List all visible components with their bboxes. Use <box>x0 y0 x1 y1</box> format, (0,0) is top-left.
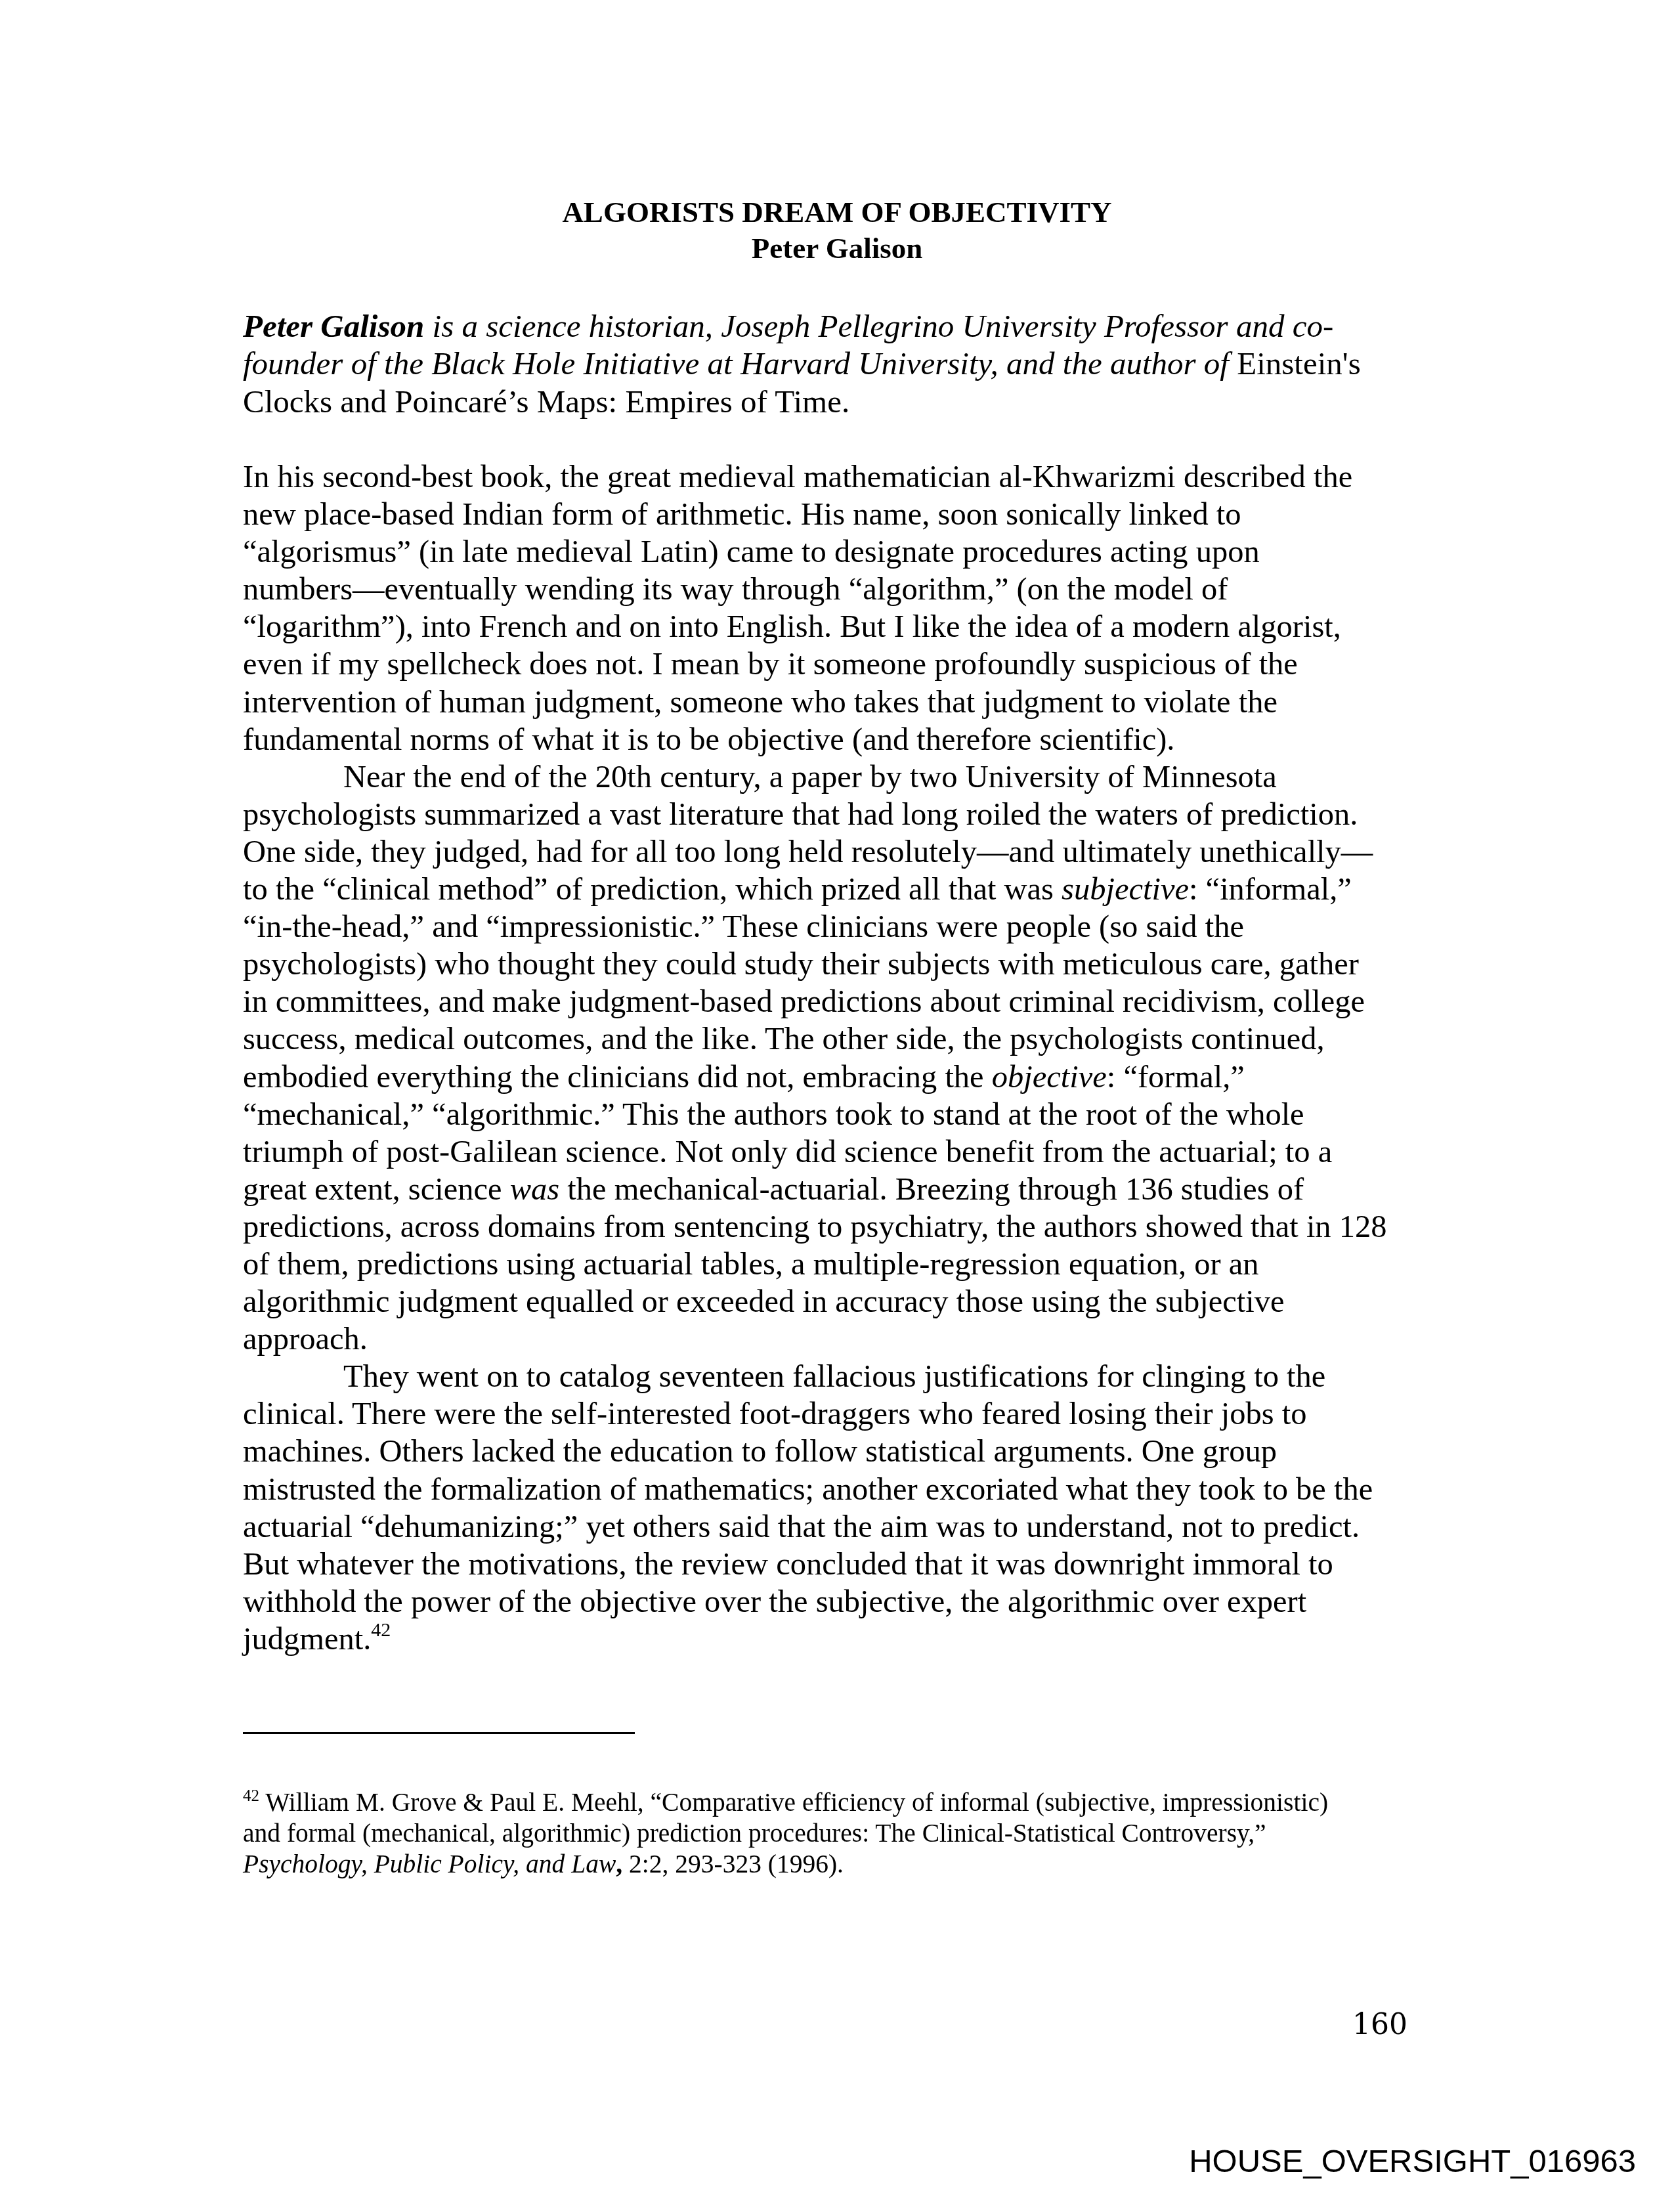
text-line: machines. Others lacked the education to… <box>243 1433 1431 1470</box>
bio-line-2: founder of the Black Hole Initiative at … <box>243 345 1425 382</box>
bio-line-1: Peter Galison is a science historian, Jo… <box>243 307 1425 345</box>
text-line: predictions, across domains from sentenc… <box>243 1208 1431 1246</box>
text-line: psychologists) who thought they could st… <box>243 945 1431 983</box>
text-line: intervention of human judgment, someone … <box>243 683 1431 721</box>
page-title: ALGORISTS DREAM OF OBJECTIVITY <box>0 194 1674 230</box>
text-line: triumph of post-Galilean science. Not on… <box>243 1133 1431 1171</box>
text-line: mistrusted the formalization of mathemat… <box>243 1471 1431 1508</box>
bio-book-title: Einstein's <box>1237 345 1361 381</box>
text-line: to the “clinical method” of prediction, … <box>243 871 1431 908</box>
text-line: actuarial “dehumanizing;” yet others sai… <box>243 1508 1431 1546</box>
emphasis-was: was <box>510 1172 559 1207</box>
text-run: William M. Grove & Paul E. Meehl, “Compa… <box>259 1788 1328 1817</box>
bio-text: founder of the Black Hole Initiative at … <box>243 345 1237 381</box>
footnote-line: Psychology, Public Policy, and Law, 2:2,… <box>243 1849 1438 1880</box>
text-line: fundamental norms of what it is to be ob… <box>243 721 1431 758</box>
text-run: the mechanical-actuarial. Breezing throu… <box>559 1172 1304 1207</box>
footnote-number: 42 <box>243 1787 259 1805</box>
text-line: psychologists summarized a vast literatu… <box>243 796 1431 833</box>
footnote-reference[interactable]: 42 <box>371 1619 391 1641</box>
bates-stamp: HOUSE_OVERSIGHT_016963 <box>1189 2142 1636 2181</box>
article-body: In his second-best book, the great medie… <box>243 458 1431 1658</box>
footnote-42: 42 William M. Grove & Paul E. Meehl, “Co… <box>243 1787 1438 1880</box>
paragraph-3: They went on to catalog seventeen fallac… <box>243 1358 1431 1658</box>
text-run: to the “clinical method” of prediction, … <box>243 872 1062 907</box>
text-line: Near the end of the 20th century, a pape… <box>243 758 1431 796</box>
text-line: withhold the power of the objective over… <box>243 1583 1431 1620</box>
bio-text: is a science historian, Joseph Pellegrin… <box>424 308 1333 344</box>
bio-line-3: Clocks and Poincaré’s Maps: Empires of T… <box>243 383 1425 420</box>
bio-author-name: Peter Galison <box>243 308 424 344</box>
text-line: approach. <box>243 1320 1431 1358</box>
footnote-separator <box>243 1732 635 1734</box>
text-line: clinical. There were the self-interested… <box>243 1395 1431 1433</box>
text-line: in committees, and make judgment-based p… <box>243 983 1431 1020</box>
emphasis-subjective: subjective <box>1062 872 1189 907</box>
text-run: judgment. <box>243 1622 371 1657</box>
text-line: judgment.42 <box>243 1620 1431 1658</box>
text-run: great extent, science <box>243 1172 510 1207</box>
text-run: , <box>616 1850 622 1878</box>
text-run: 2:2, 293-323 (1996). <box>622 1850 844 1878</box>
text-line: embodied everything the clinicians did n… <box>243 1058 1431 1096</box>
text-line: “in-the-head,” and “impressionistic.” Th… <box>243 908 1431 945</box>
text-line: “mechanical,” “algorithmic.” This the au… <box>243 1096 1431 1133</box>
text-line: success, medical outcomes, and the like.… <box>243 1020 1431 1058</box>
text-run: : “formal,” <box>1107 1060 1245 1095</box>
paragraph-2: Near the end of the 20th century, a pape… <box>243 758 1431 1358</box>
text-run: : “informal,” <box>1189 872 1352 907</box>
page-number: 160 <box>1352 2006 1407 2043</box>
emphasis-objective: objective <box>992 1060 1107 1095</box>
text-line: new place-based Indian form of arithmeti… <box>243 496 1431 533</box>
text-line: algorithmic judgment equalled or exceede… <box>243 1283 1431 1320</box>
author-bio: Peter Galison is a science historian, Jo… <box>243 307 1425 420</box>
text-line: great extent, science was the mechanical… <box>243 1171 1431 1208</box>
page-author: Peter Galison <box>0 230 1674 266</box>
paragraph-1: In his second-best book, the great medie… <box>243 458 1431 758</box>
footnote-line: and formal (mechanical, algorithmic) pre… <box>243 1818 1438 1849</box>
text-line: They went on to catalog seventeen fallac… <box>243 1358 1431 1395</box>
text-line: of them, predictions using actuarial tab… <box>243 1246 1431 1283</box>
text-line: One side, they judged, had for all too l… <box>243 833 1431 871</box>
text-run: embodied everything the clinicians did n… <box>243 1060 992 1095</box>
text-line: even if my spellcheck does not. I mean b… <box>243 645 1431 683</box>
text-line: But whatever the motivations, the review… <box>243 1546 1431 1583</box>
journal-title: Psychology, Public Policy, and Law <box>243 1850 616 1878</box>
text-line: In his second-best book, the great medie… <box>243 458 1431 496</box>
text-line: “algorismus” (in late medieval Latin) ca… <box>243 533 1431 571</box>
text-line: “logarithm”), into French and on into En… <box>243 608 1431 645</box>
footnote-line: 42 William M. Grove & Paul E. Meehl, “Co… <box>243 1787 1438 1818</box>
text-line: numbers—eventually wending its way throu… <box>243 571 1431 608</box>
